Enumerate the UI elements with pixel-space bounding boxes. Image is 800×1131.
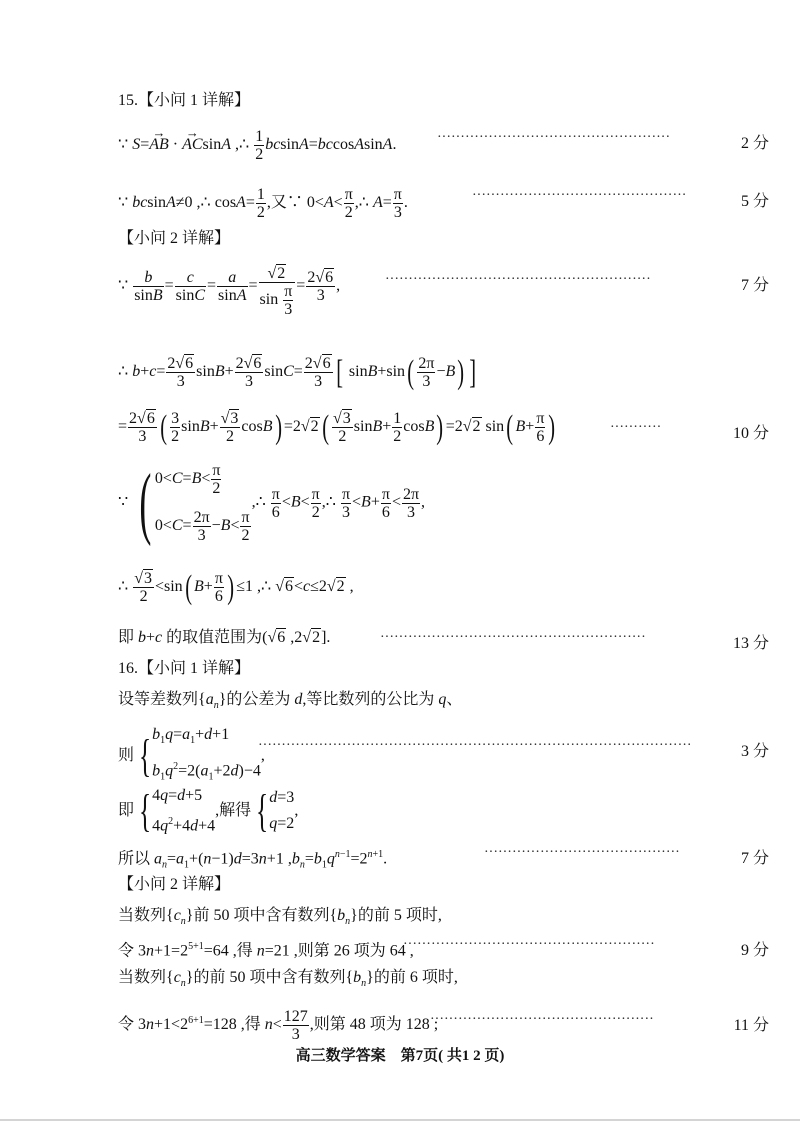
leader-dots: ········································… <box>403 937 693 953</box>
p16-line6: 令 3n+1=25+1=64 ,得 n=21 ,则第 26 项为 64 , <box>118 937 414 961</box>
score-2: 2 分 <box>741 130 769 153</box>
p16-line1: 设等差数列{an}的公差为 d,等比数列的公比为 q、 <box>118 690 462 716</box>
score-11: 11 分 <box>734 1012 769 1035</box>
heading-text: 16.【小问 1 详解】 <box>118 660 250 677</box>
p16-line7: 当数列{cn}的前 50 项中含有数列{bn}的前 6 项时, <box>118 968 458 994</box>
score-5: 5 分 <box>741 188 769 211</box>
leader-dots: ········································… <box>430 1012 685 1028</box>
p15-line7: ∴ √32<sin(B+π6)≤1 ,∴ √6<c≤2√2 , <box>118 570 354 605</box>
p15-part2-heading: 【小问 2 详解】 <box>118 229 230 249</box>
p16-line2: 则{b1q=a1+d+1b1q2=2(a1+2d)−4, <box>118 722 265 791</box>
score-3: 3 分 <box>741 738 769 761</box>
p16-line3: 即{4q=d+54q2+4d+4,解得{d=3q=2, <box>118 783 298 839</box>
page-bottom-rule <box>0 1119 800 1121</box>
leader-dots: ········································… <box>380 630 688 646</box>
p15-line4: ∴ b+c=2√63sinB+2√63sinC=2√63[ sinB+sin(2… <box>118 355 478 390</box>
p15-line3: ∵ bsinB=csinC=asinA=√2sin π3=2√63, <box>118 265 340 318</box>
p15-line5: =2√63(32sinB+√32cosB)=2√2(√32sinB+12cosB… <box>118 410 558 445</box>
score-9: 9 分 <box>741 937 769 960</box>
score-13: 13 分 <box>733 630 769 653</box>
heading-text: 【小问 2 详解】 <box>118 230 230 247</box>
p15-part1-heading: 15.【小问 1 详解】 <box>118 91 250 111</box>
p15-line1: ∵ S=AB · ACsinA ,∴ 12bcsinA=bccosAsinA. <box>118 128 396 163</box>
page-footer: 高三数学答案 第7页( 共1 2 页) <box>0 1044 800 1065</box>
heading-text: 【小问 2 详解】 <box>118 876 230 893</box>
heading-text: 15.【小问 1 详解】 <box>118 92 250 109</box>
leader-dots: ········································… <box>437 130 692 146</box>
score-7b: 7 分 <box>741 845 769 868</box>
score-7: 7 分 <box>741 272 769 295</box>
p15-line2: ∵ bcsinA≠0 ,∴ cosA=12,又∵ 0<A<π2,∴ A=π3. <box>118 186 408 221</box>
p16-part1-heading: 16.【小问 1 详解】 <box>118 659 250 679</box>
p16-line4: 所以 an=a1+(n−1)d=3n+1 ,bn=b1qn−1=2n+1. <box>118 845 387 876</box>
leader-dots: ········································… <box>484 845 692 861</box>
p15-line8: 即 b+c 的取值范围为(√6 ,2√2]. <box>118 628 330 648</box>
leader-dots: ········································… <box>472 188 694 204</box>
leader-dots: ··········· <box>610 420 690 436</box>
leader-dots: ········································… <box>385 272 695 288</box>
leader-dots: ········································… <box>258 738 692 754</box>
p15-line6: ∵ (0<C=B<π20<C=2π3−B<π2,∴ π6<B<π2,∴ π3<B… <box>118 462 425 544</box>
p16-line8: 令 3n+1<26+1=128 ,得 n<1273,则第 48 项为 128 ; <box>118 1008 438 1043</box>
score-10: 10 分 <box>733 420 769 443</box>
p16-part2-heading: 【小问 2 详解】 <box>118 875 230 895</box>
p16-line5: 当数列{cn}前 50 项中含有数列{bn}的前 5 项时, <box>118 906 442 932</box>
